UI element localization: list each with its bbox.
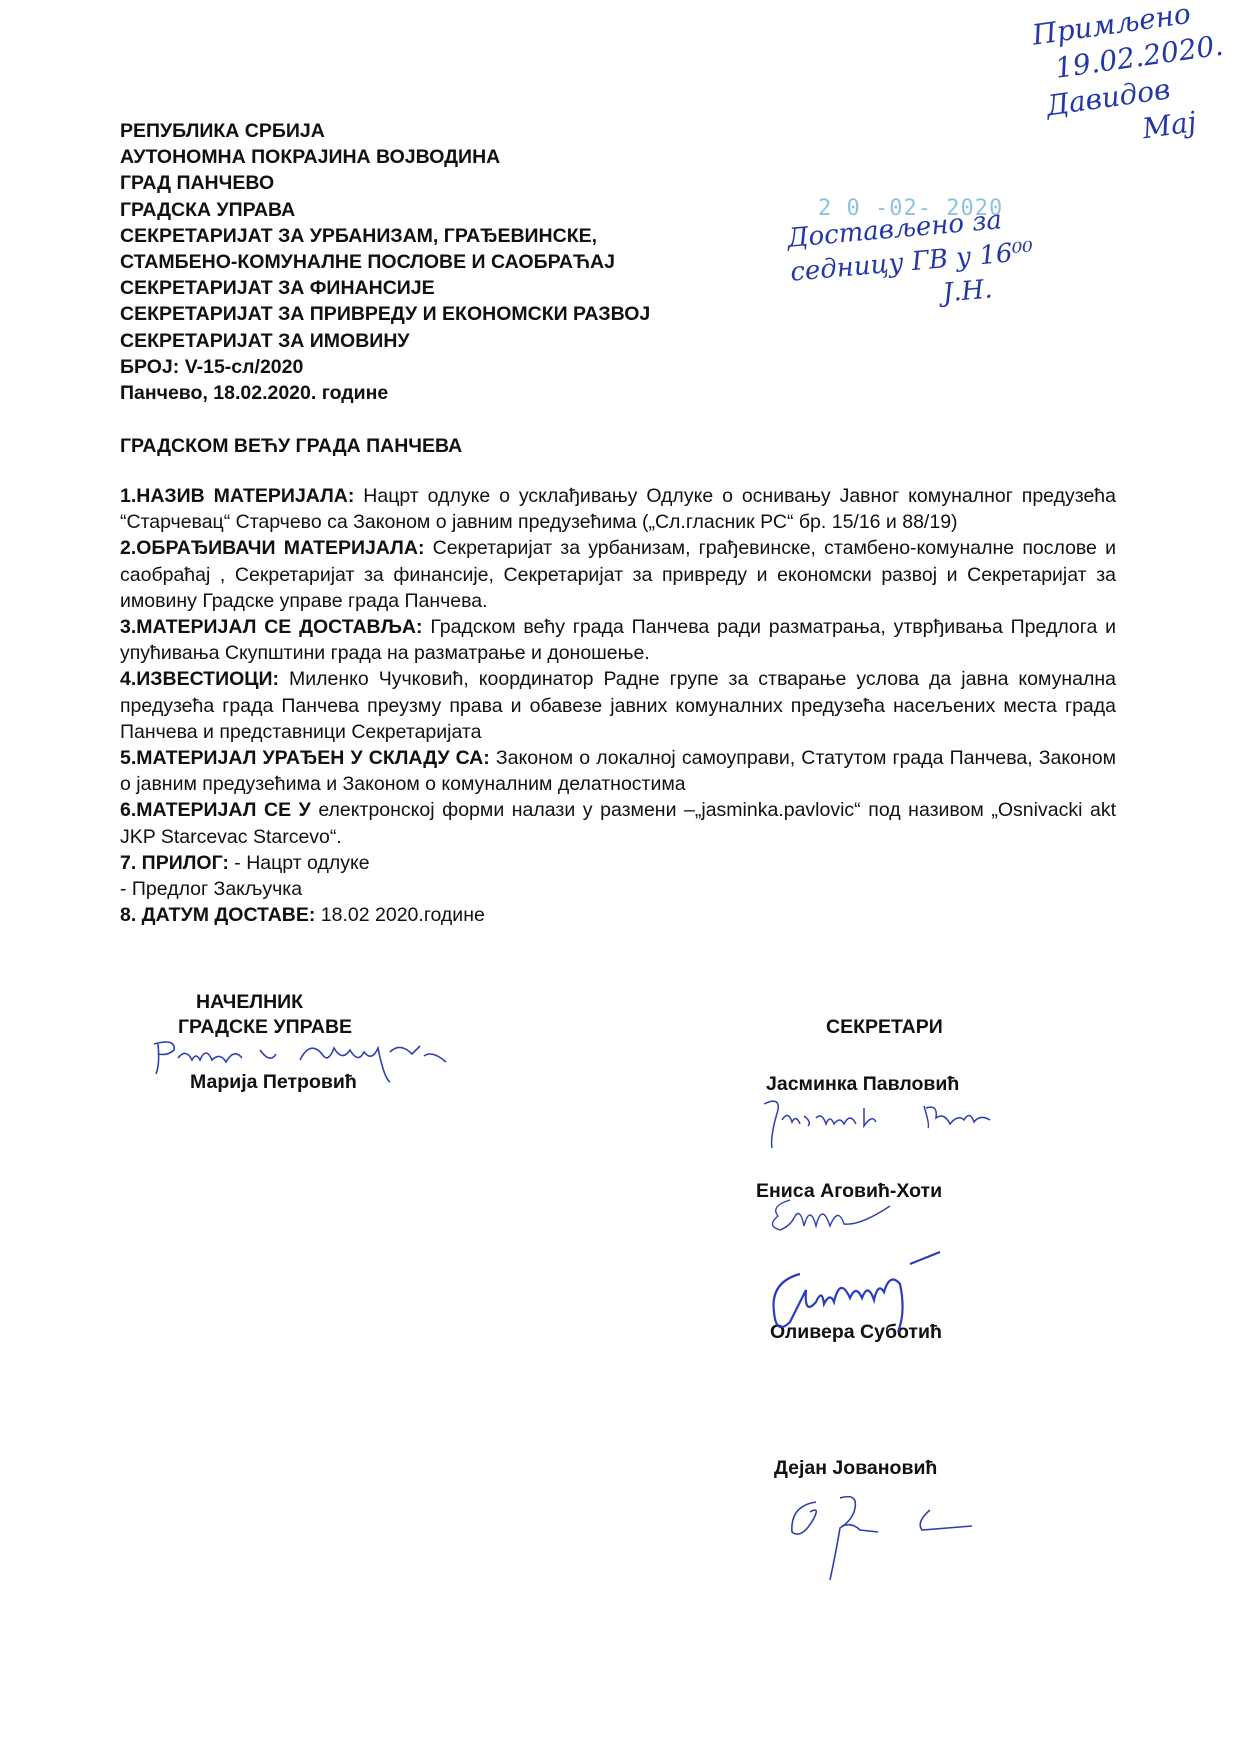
- secretary-name-4: Дејан Јовановић: [774, 1457, 937, 1480]
- document-number: БРОЈ: V-15-сл/2020: [120, 354, 650, 380]
- signature-pavlovic-icon: [760, 1096, 1020, 1156]
- document-page: РЕПУБЛИКА СРБИЈА АУТОНОМНА ПОКРАЈИНА ВОЈ…: [0, 0, 1240, 1752]
- addressee: ГРАДСКОМ ВЕЋУ ГРАДА ПАНЧЕВА: [120, 435, 462, 458]
- header-line-province: АУТОНОМНА ПОКРАЈИНА ВОЈВОДИНА: [120, 144, 650, 170]
- signature-subotic-icon: [760, 1252, 960, 1342]
- header-line-republic: РЕПУБЛИКА СРБИЈА: [120, 118, 650, 144]
- item-attachment-2: - Предлог Закључка: [120, 876, 1116, 902]
- header-line-administration: ГРАДСКА УПРАВА: [120, 197, 650, 223]
- item-delivery-date: 8. ДАТУМ ДОСТАВЕ: 18.02 2020.године: [120, 902, 1116, 928]
- item-label: 1.НАЗИВ МАТЕРИЈАЛА:: [120, 485, 354, 507]
- header-line-secretariat-property: СЕКРЕТАРИЈАТ ЗА ИМОВИНУ: [120, 328, 650, 354]
- item-text: 18.02 2020.године: [315, 904, 484, 926]
- header-line-secretariat-urbanism-cont: СТАМБЕНО-КОМУНАЛНЕ ПОСЛОВЕ И САОБРАЋАЈ: [120, 249, 650, 275]
- signature-agovic-icon: [760, 1196, 900, 1236]
- header-line-secretariat-finance: СЕКРЕТАРИЈАТ ЗА ФИНАНСИЈЕ: [120, 275, 650, 301]
- delivered-note: Достављено за седницу ГВ у 16⁰⁰ Ј.Н.: [786, 201, 1038, 324]
- signature-petrovic-icon: [150, 1034, 470, 1084]
- item-material-delivery: 3.МАТЕРИЈАЛ СЕ ДОСТАВЉА: Градском већу г…: [120, 614, 1116, 666]
- signature-jovanovic-icon: [780, 1492, 980, 1582]
- item-material-authors: 2.ОБРАЂИВАЧИ МАТЕРИЈАЛА: Секретаријат за…: [120, 535, 1116, 614]
- secretaries-title: СЕКРЕТАРИ: [826, 1016, 943, 1039]
- item-electronic-form: 6.МАТЕРИЈАЛ СЕ У електронској форми нала…: [120, 797, 1116, 849]
- item-label: 8. ДАТУМ ДОСТАВЕ:: [120, 904, 315, 926]
- item-label: 4.ИЗВЕСТИОЦИ:: [120, 668, 279, 690]
- item-reporters: 4.ИЗВЕСТИОЦИ: Миленко Чучковић, координа…: [120, 666, 1116, 745]
- received-note: Примљено 19.02.2020. Давидов Мај: [1030, 0, 1235, 161]
- item-label: 5.МАТЕРИЈАЛ УРАЂЕН У СКЛАДУ СА:: [120, 747, 490, 769]
- item-material-name: 1.НАЗИВ МАТЕРИЈАЛА: Нацрт одлуке о ускла…: [120, 483, 1116, 535]
- item-label: 7. ПРИЛОГ:: [120, 852, 229, 874]
- item-attachments: 7. ПРИЛОГ: - Нацрт одлуке: [120, 850, 1116, 876]
- item-text: - Нацрт одлуке: [229, 852, 370, 874]
- item-label: 3.МАТЕРИЈАЛ СЕ ДОСТАВЉА:: [120, 616, 423, 638]
- secretary-name-1: Јасминка Павловић: [766, 1073, 959, 1096]
- header-line-secretariat-urbanism: СЕКРЕТАРИЈАТ ЗА УРБАНИЗАМ, ГРАЂЕВИНСКЕ,: [120, 223, 650, 249]
- header-line-secretariat-economy: СЕКРЕТАРИЈАТ ЗА ПРИВРЕДУ И ЕКОНОМСКИ РАЗ…: [120, 301, 650, 327]
- document-date: Панчево, 18.02.2020. године: [120, 380, 650, 406]
- item-label: 6.МАТЕРИЈАЛ СЕ У: [120, 799, 311, 821]
- material-items: 1.НАЗИВ МАТЕРИЈАЛА: Нацрт одлуке о ускла…: [120, 483, 1116, 928]
- signatory-title-line1: НАЧЕЛНИК: [196, 990, 303, 1015]
- item-label: 2.ОБРАЂИВАЧИ МАТЕРИЈАЛА:: [120, 537, 424, 559]
- item-legal-basis: 5.МАТЕРИЈАЛ УРАЂЕН У СКЛАДУ СА: Законом …: [120, 745, 1116, 797]
- header-line-city: ГРАД ПАНЧЕВО: [120, 170, 650, 196]
- item-text: - Предлог Закључка: [120, 878, 302, 900]
- document-header: РЕПУБЛИКА СРБИЈА АУТОНОМНА ПОКРАЈИНА ВОЈ…: [120, 118, 650, 406]
